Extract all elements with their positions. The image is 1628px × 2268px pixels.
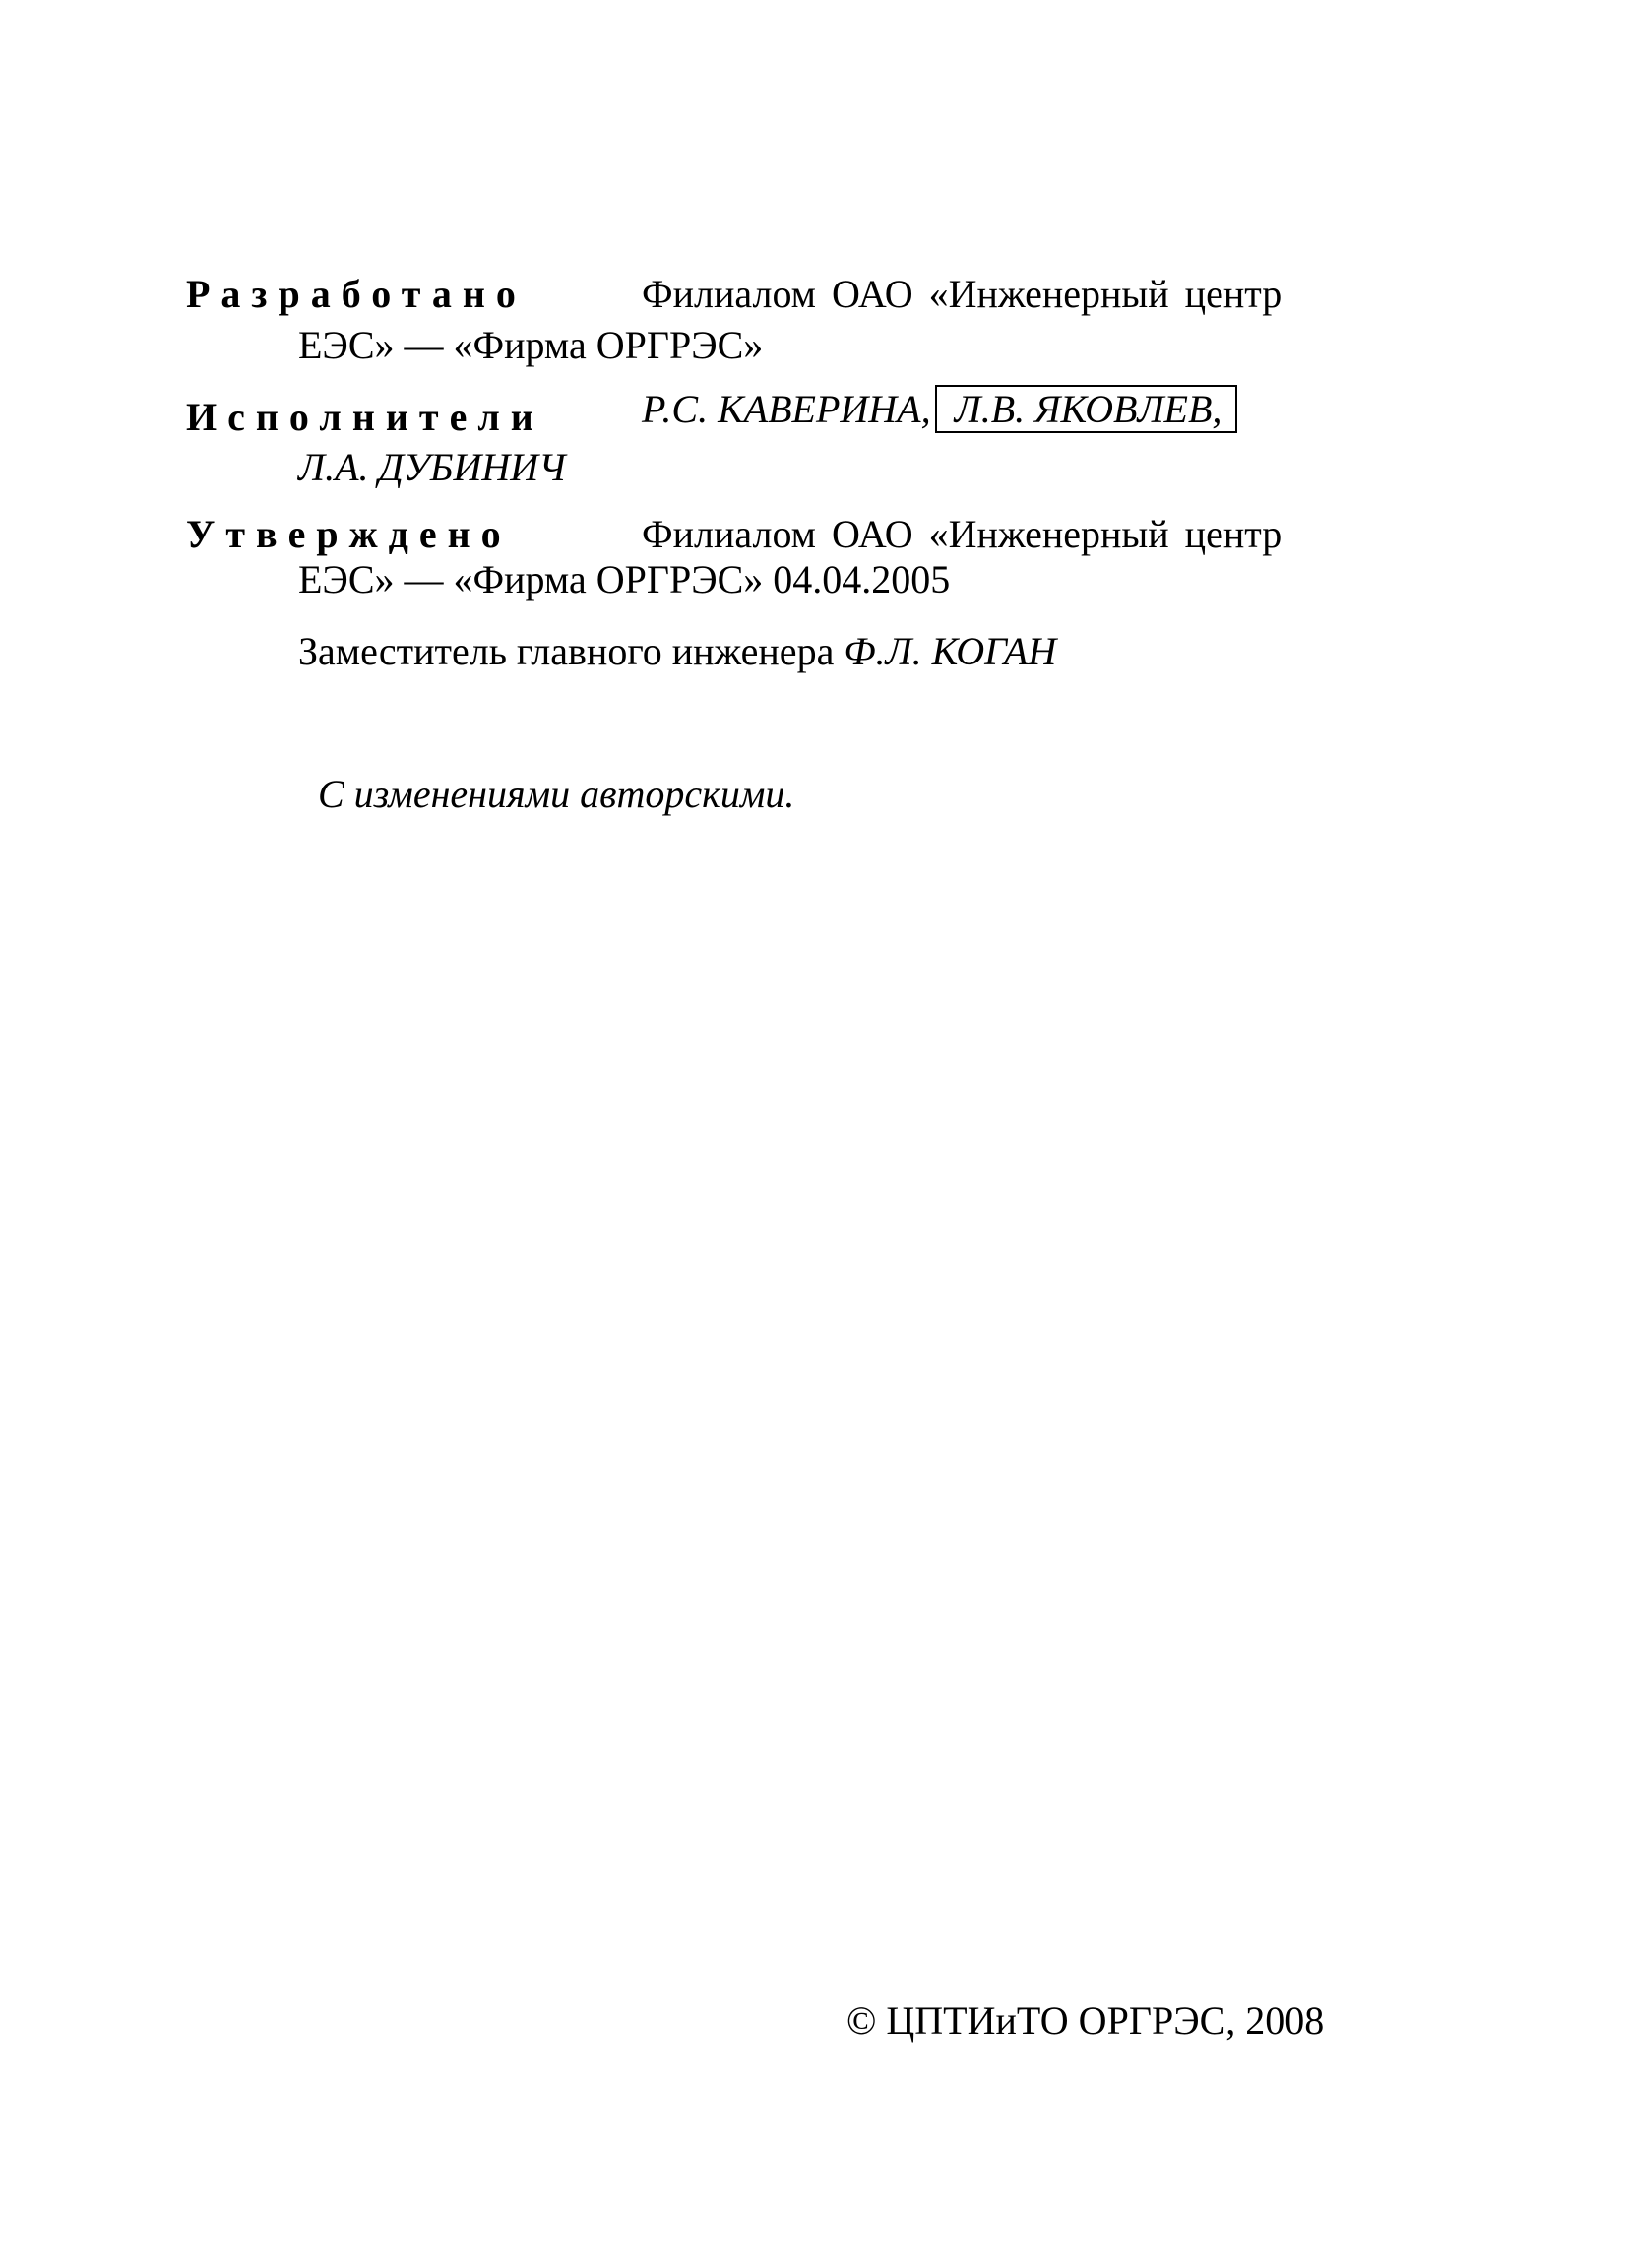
approved-org-line1: Филиалом ОАО «Инженерный центр [642, 515, 1282, 554]
performer-name: Л.А. ДУБИНИЧ [298, 448, 566, 487]
performer-name: Р.С. КАВЕРИНА, [642, 387, 931, 431]
performer-name-boxed: Л.В. ЯКОВЛЕВ, [935, 385, 1238, 433]
deputy-name: Ф.Л. КОГАН [844, 629, 1056, 673]
performers-names-row: Р.С. КАВЕРИНА,Л.В. ЯКОВЛЕВ, [642, 390, 1237, 429]
revision-note: С изменениями авторскими. [318, 775, 794, 814]
approved-org-line2: ЕЭС» — «Фирма ОРГРЭС» 04.04.2005 [298, 560, 950, 599]
approved-label: Утверждено [186, 515, 512, 554]
copyright: © ЦПТИиТО ОРГРЭС, 2008 [846, 2001, 1324, 2041]
developed-org-line1: Филиалом ОАО «Инженерный центр [642, 275, 1282, 314]
developed-org-line2: ЕЭС» — «Фирма ОРГРЭС» [298, 326, 763, 365]
deputy-title: Заместитель главного инженера [298, 629, 834, 673]
performers-label: Исполнители [186, 398, 544, 437]
deputy-line: Заместитель главного инженера Ф.Л. КОГАН [298, 632, 1056, 671]
developed-label: Разработано [186, 275, 527, 314]
